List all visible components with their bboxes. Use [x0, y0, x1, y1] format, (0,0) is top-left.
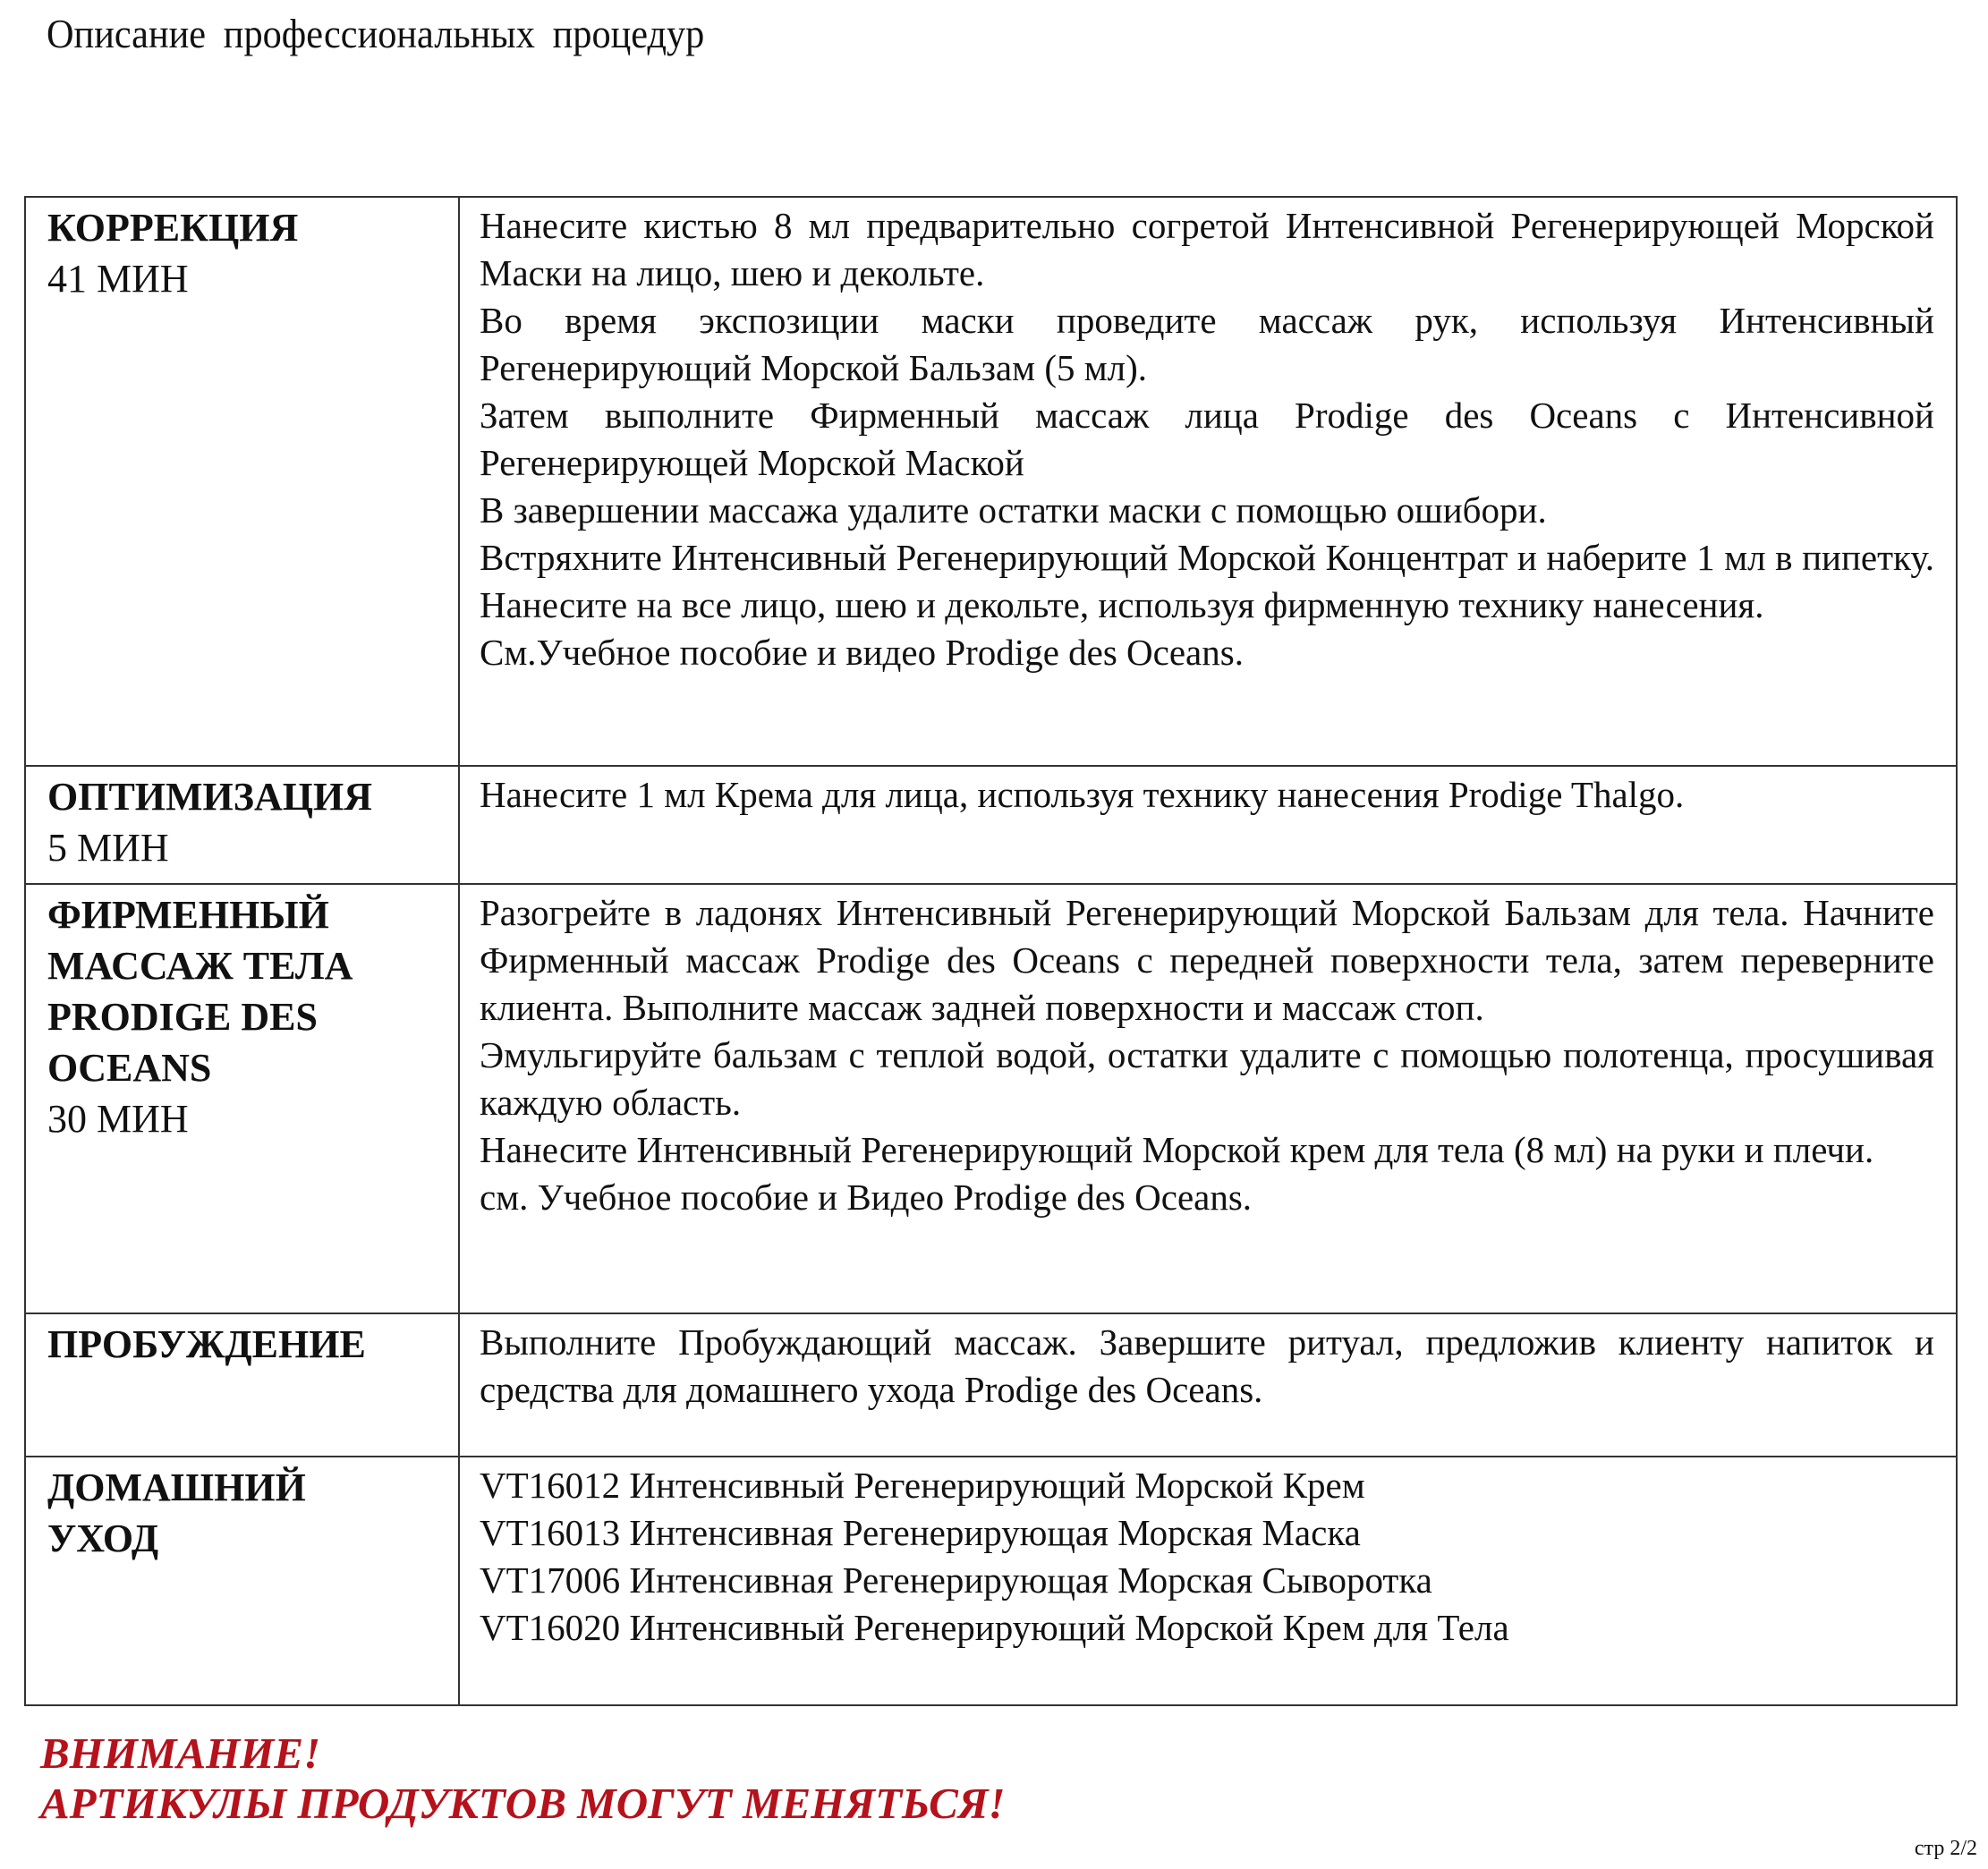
instruction-paragraph: Встряхните Интенсивный Регенерирующий Мо… [480, 534, 1934, 629]
stage-label-cell: ОПТИМИЗАЦИЯ 5 МИН [25, 766, 459, 884]
instruction-paragraph: Выполните Пробуждающий массаж. Завершите… [480, 1319, 1934, 1414]
table-row: КОРРЕКЦИЯ 41 МИН Нанесите кистью 8 мл пр… [25, 197, 1957, 766]
stage-label-cell: ДОМАШНИЙ УХОД [25, 1457, 459, 1705]
stage-description-cell: Нанесите кистью 8 мл предварительно согр… [459, 197, 1957, 766]
instruction-paragraph: см. Учебное пособие и Видео Prodige des … [480, 1174, 1934, 1221]
stage-label-cell: ПРОБУЖДЕНИЕ [25, 1313, 459, 1457]
product-item: VT16012 Интенсивный Регенерирующий Морск… [480, 1462, 1934, 1509]
instruction-paragraph: В завершении массажа удалите остатки мас… [480, 487, 1934, 534]
stage-title: ДОМАШНИЙ УХОД [47, 1462, 449, 1564]
stage-title: ПРОБУЖДЕНИЕ [47, 1319, 449, 1370]
procedure-table: КОРРЕКЦИЯ 41 МИН Нанесите кистью 8 мл пр… [24, 196, 1958, 1706]
stage-description-cell: Нанесите 1 мл Крема для лица, используя … [459, 766, 1957, 884]
stage-label-cell: КОРРЕКЦИЯ 41 МИН [25, 197, 459, 766]
stage-description-cell: Разогрейте в ладонях Интенсивный Регенер… [459, 884, 1957, 1313]
document-title: Описание профессиональных процедур [47, 7, 704, 61]
product-item: VT16013 Интенсивная Регенерирующая Морск… [480, 1509, 1934, 1557]
instruction-paragraph: Нанесите кистью 8 мл предварительно согр… [480, 202, 1934, 297]
warning-message: АРТИКУЛЫ ПРОДУКТОВ МОГУТ МЕНЯТЬСЯ! [40, 1779, 1006, 1829]
table-row: ФИРМЕННЫЙ МАССАЖ ТЕЛА PRODIGE DES OCEANS… [25, 884, 1957, 1313]
table-row: ПРОБУЖДЕНИЕ Выполните Пробуждающий масса… [25, 1313, 1957, 1457]
instruction-paragraph: Затем выполните Фирменный массаж лица Pr… [480, 392, 1934, 487]
instruction-paragraph: Нанесите Интенсивный Регенерирующий Морс… [480, 1126, 1934, 1174]
stage-duration: 5 МИН [47, 822, 449, 873]
instruction-paragraph: Эмульгируйте бальзам с теплой водой, ост… [480, 1032, 1934, 1126]
stage-label-cell: ФИРМЕННЫЙ МАССАЖ ТЕЛА PRODIGE DES OCEANS… [25, 884, 459, 1313]
instruction-paragraph: Разогрейте в ладонях Интенсивный Регенер… [480, 889, 1934, 1032]
warning-notice: ВНИМАНИЕ! АРТИКУЛЫ ПРОДУКТОВ МОГУТ МЕНЯТ… [40, 1729, 1006, 1829]
product-item: VT17006 Интенсивная Регенерирующая Морск… [480, 1557, 1934, 1604]
warning-heading: ВНИМАНИЕ! [40, 1729, 1006, 1779]
page-number: стр 2/2 [1915, 1837, 1977, 1861]
table-row: ОПТИМИЗАЦИЯ 5 МИН Нанесите 1 мл Крема дл… [25, 766, 1957, 884]
home-care-products-cell: VT16012 Интенсивный Регенерирующий Морск… [459, 1457, 1957, 1705]
stage-title: ОПТИМИЗАЦИЯ [47, 771, 449, 822]
stage-duration: 30 МИН [47, 1093, 449, 1144]
instruction-paragraph: См.Учебное пособие и видео Prodige des O… [480, 629, 1934, 676]
stage-title: КОРРЕКЦИЯ [47, 202, 449, 253]
product-item: VT16020 Интенсивный Регенерирующий Морск… [480, 1604, 1934, 1652]
stage-duration: 41 МИН [47, 253, 449, 304]
instruction-paragraph: Во время экспозиции маски проведите масс… [480, 297, 1934, 392]
stage-description-cell: Выполните Пробуждающий массаж. Завершите… [459, 1313, 1957, 1457]
stage-title: ФИРМЕННЫЙ МАССАЖ ТЕЛА PRODIGE DES OCEANS [47, 889, 449, 1093]
instruction-paragraph: Нанесите 1 мл Крема для лица, используя … [480, 771, 1934, 819]
table-row: ДОМАШНИЙ УХОД VT16012 Интенсивный Регене… [25, 1457, 1957, 1705]
